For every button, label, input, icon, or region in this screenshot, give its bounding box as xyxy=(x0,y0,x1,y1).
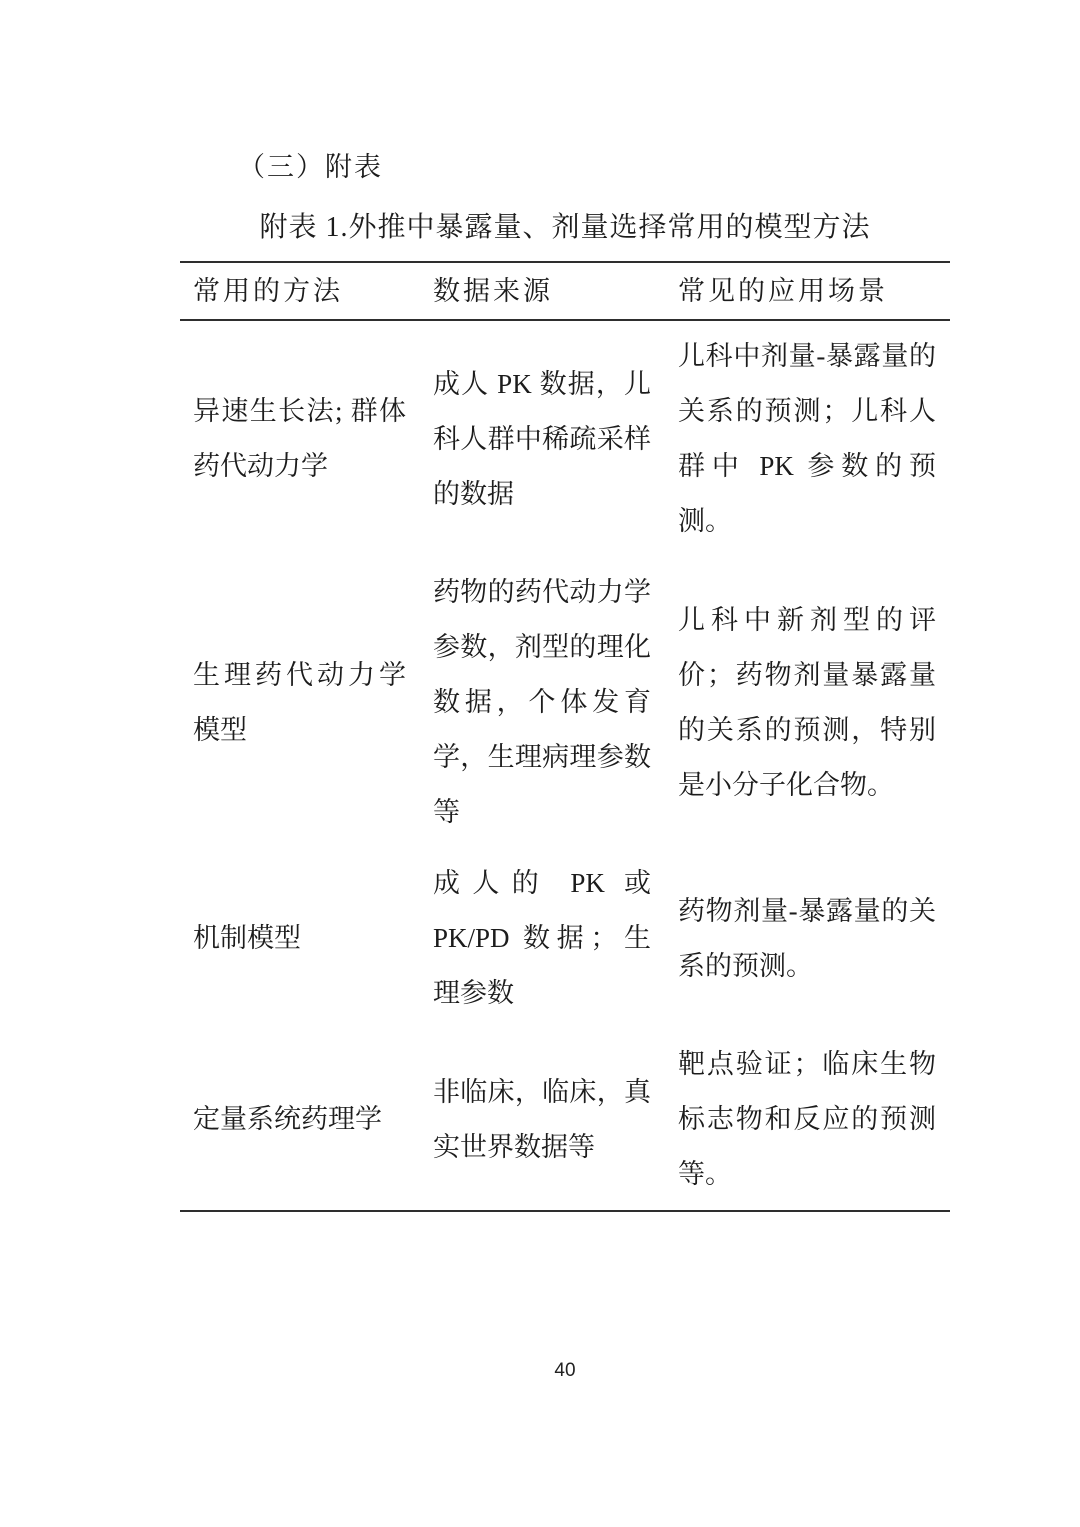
cell-source: 药物的药代动力学参数，剂型的理化数据，个体发育学，生理病理参数等 xyxy=(420,557,665,848)
column-header-method: 常用的方法 xyxy=(180,262,420,320)
document-page: （三）附表 附表 1.外推中暴露量、剂量选择常用的模型方法 常用的方法 数据来源… xyxy=(0,0,1080,1527)
cell-method: 异速生长法; 群体药代动力学 xyxy=(180,320,420,557)
cell-scenario: 药物剂量-暴露量的关系的预测。 xyxy=(665,848,950,1029)
appendix-table: 常用的方法 数据来源 常见的应用场景 异速生长法; 群体药代动力学 成人 PK … xyxy=(180,261,950,1212)
table-row: 生理药代动力学模型 药物的药代动力学参数，剂型的理化数据，个体发育学，生理病理参… xyxy=(180,557,950,848)
page-content: （三）附表 附表 1.外推中暴露量、剂量选择常用的模型方法 常用的方法 数据来源… xyxy=(180,0,950,1212)
table-row: 定量系统药理学 非临床，临床，真实世界数据等 靶点验证；临床生物标志物和反应的预… xyxy=(180,1029,950,1211)
table-row: 机制模型 成人的 PK 或 PK/PD 数据；生理参数 药物剂量-暴露量的关系的… xyxy=(180,848,950,1029)
cell-scenario: 儿科中剂量-暴露量的关系的预测；儿科人群中 PK 参数的预测。 xyxy=(665,320,950,557)
section-heading: （三）附表 xyxy=(180,150,950,184)
column-header-source: 数据来源 xyxy=(420,262,665,320)
cell-method: 定量系统药理学 xyxy=(180,1029,420,1211)
cell-source: 非临床，临床，真实世界数据等 xyxy=(420,1029,665,1211)
table-header-row: 常用的方法 数据来源 常见的应用场景 xyxy=(180,262,950,320)
cell-source: 成人 PK 数据，儿科人群中稀疏采样的数据 xyxy=(420,320,665,557)
cell-method: 机制模型 xyxy=(180,848,420,1029)
table-title: 附表 1.外推中暴露量、剂量选择常用的模型方法 xyxy=(180,210,950,246)
column-header-scenario: 常见的应用场景 xyxy=(665,262,950,320)
table-row: 异速生长法; 群体药代动力学 成人 PK 数据，儿科人群中稀疏采样的数据 儿科中… xyxy=(180,320,950,557)
cell-scenario: 儿科中新剂型的评价；药物剂量暴露量的关系的预测，特别是小分子化合物。 xyxy=(665,557,950,848)
page-number: 40 xyxy=(180,1360,950,1382)
cell-source: 成人的 PK 或 PK/PD 数据；生理参数 xyxy=(420,848,665,1029)
cell-scenario: 靶点验证；临床生物标志物和反应的预测等。 xyxy=(665,1029,950,1211)
cell-method: 生理药代动力学模型 xyxy=(180,557,420,848)
